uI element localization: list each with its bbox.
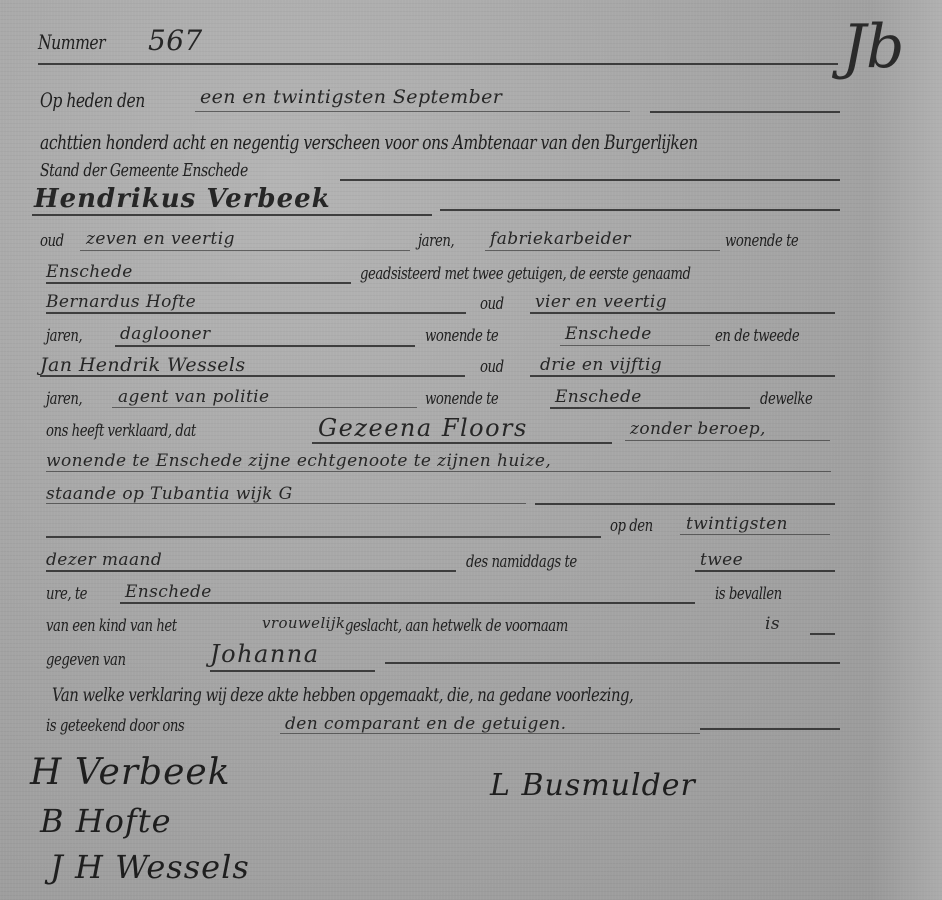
rule bbox=[120, 602, 695, 604]
printed-text: ure, te bbox=[46, 584, 87, 604]
rule bbox=[38, 63, 838, 65]
rule bbox=[535, 503, 835, 505]
rule bbox=[46, 282, 351, 284]
certificate-number: 567 bbox=[148, 24, 203, 57]
signature-witness-1: B Hofte bbox=[40, 802, 172, 840]
printed-text: Op heden den bbox=[40, 88, 145, 112]
printed-text: wonende te bbox=[425, 326, 498, 346]
printed-text: oud bbox=[480, 294, 504, 314]
rule bbox=[195, 111, 630, 112]
rule bbox=[550, 407, 750, 409]
printed-text: ons heeft verklaard, dat bbox=[46, 421, 196, 441]
printed-text: des namiddags te bbox=[466, 552, 577, 572]
mother-occupation: zonder beroep, bbox=[630, 419, 766, 439]
witness-2-name: Jan Hendrik Wessels bbox=[40, 354, 246, 376]
printed-text: gegeven van bbox=[46, 650, 126, 670]
rule bbox=[46, 312, 466, 314]
printed-text: geslacht, aan hetwelk de voornaam bbox=[345, 616, 568, 636]
birth-month: dezer maand bbox=[46, 550, 162, 570]
signed-by: den comparant en de getuigen. bbox=[285, 714, 566, 734]
rule bbox=[810, 633, 835, 635]
rule bbox=[485, 250, 720, 251]
rule bbox=[46, 536, 601, 538]
rule bbox=[115, 345, 415, 347]
document-page: Jb Nummer 567 Op heden den een en twinti… bbox=[0, 0, 942, 900]
birth-day: twintigsten bbox=[686, 514, 788, 534]
child-given-name: Johanna bbox=[210, 640, 320, 668]
rule bbox=[530, 375, 835, 377]
printed-text: en de tweede bbox=[715, 326, 799, 346]
rule bbox=[46, 570, 456, 572]
page-edge bbox=[872, 0, 942, 900]
witness-2-age: drie en vijftig bbox=[540, 355, 662, 375]
rule bbox=[32, 214, 432, 216]
mother-residence: wonende te Enschede zijne echtgenoote te… bbox=[46, 451, 551, 471]
witness-1-age: vier en veertig bbox=[535, 292, 667, 312]
declarant-residence: Enschede bbox=[46, 262, 133, 282]
witness-2-residence: Enschede bbox=[555, 387, 642, 407]
signature-registrar: L Busmulder bbox=[490, 768, 696, 803]
declarant-name: Hendrikus Verbeek bbox=[34, 184, 331, 214]
rule bbox=[625, 440, 830, 441]
printed-text: oud bbox=[480, 357, 504, 377]
printed-text: van een kind van het bbox=[46, 616, 177, 636]
printed-text: oud bbox=[40, 231, 64, 251]
printed-text: jaren, bbox=[418, 231, 454, 251]
mother-name: Gezeena Floors bbox=[318, 414, 528, 442]
declarant-occupation: fabriekarbeider bbox=[490, 229, 631, 249]
birth-hour: twee bbox=[700, 550, 743, 570]
rule bbox=[440, 209, 840, 211]
number-label: Nummer bbox=[38, 30, 105, 54]
rule bbox=[560, 345, 710, 346]
witness-1-residence: Enschede bbox=[565, 324, 652, 344]
signature-witness-2: J H Wessels bbox=[50, 848, 250, 886]
printed-text: geadsisteerd met twee getuigen, de eerst… bbox=[360, 264, 691, 284]
printed-text: Van welke verklaring wij deze akte hebbe… bbox=[52, 684, 633, 706]
rule bbox=[210, 670, 375, 672]
signature-declarant: H Verbeek bbox=[30, 752, 231, 793]
printed-text: dewelke bbox=[760, 389, 812, 409]
printed-text: jaren, bbox=[46, 389, 82, 409]
witness-1-occupation: daglooner bbox=[120, 324, 211, 344]
rule bbox=[530, 312, 835, 314]
rule bbox=[650, 111, 840, 113]
rule bbox=[312, 442, 612, 444]
rule bbox=[40, 375, 465, 377]
given-name-suffix: is bbox=[765, 614, 780, 634]
printed-text: wonende te bbox=[425, 389, 498, 409]
witness-2-occupation: agent van politie bbox=[118, 387, 269, 407]
printed-text: jaren, bbox=[46, 326, 82, 346]
margin-initials: Jb bbox=[842, 12, 904, 82]
birth-place: Enschede bbox=[125, 582, 212, 602]
rule bbox=[385, 662, 840, 664]
rule bbox=[46, 503, 526, 504]
printed-text: wonende te bbox=[725, 231, 798, 251]
rule bbox=[46, 471, 831, 472]
date-day-month: een en twintigsten September bbox=[200, 86, 502, 108]
child-sex: vrouwelijk bbox=[262, 614, 345, 632]
rule bbox=[700, 728, 840, 730]
printed-text: achttien honderd acht en negentig versch… bbox=[40, 130, 698, 154]
printed-text: Stand der Gemeente Enschede bbox=[40, 160, 248, 181]
rule bbox=[80, 250, 410, 251]
printed-text: op den bbox=[610, 516, 653, 536]
rule bbox=[680, 534, 830, 535]
printed-text: is geteekend door ons bbox=[46, 716, 184, 736]
rule bbox=[112, 407, 417, 408]
rule bbox=[280, 733, 700, 734]
printed-text: is bevallen bbox=[715, 584, 782, 604]
witness-1-name: Bernardus Hofte bbox=[46, 292, 196, 312]
rule bbox=[695, 570, 835, 572]
rule bbox=[340, 179, 840, 181]
birth-address: staande op Tubantia wijk G bbox=[46, 484, 293, 504]
declarant-age: zeven en veertig bbox=[86, 229, 235, 249]
